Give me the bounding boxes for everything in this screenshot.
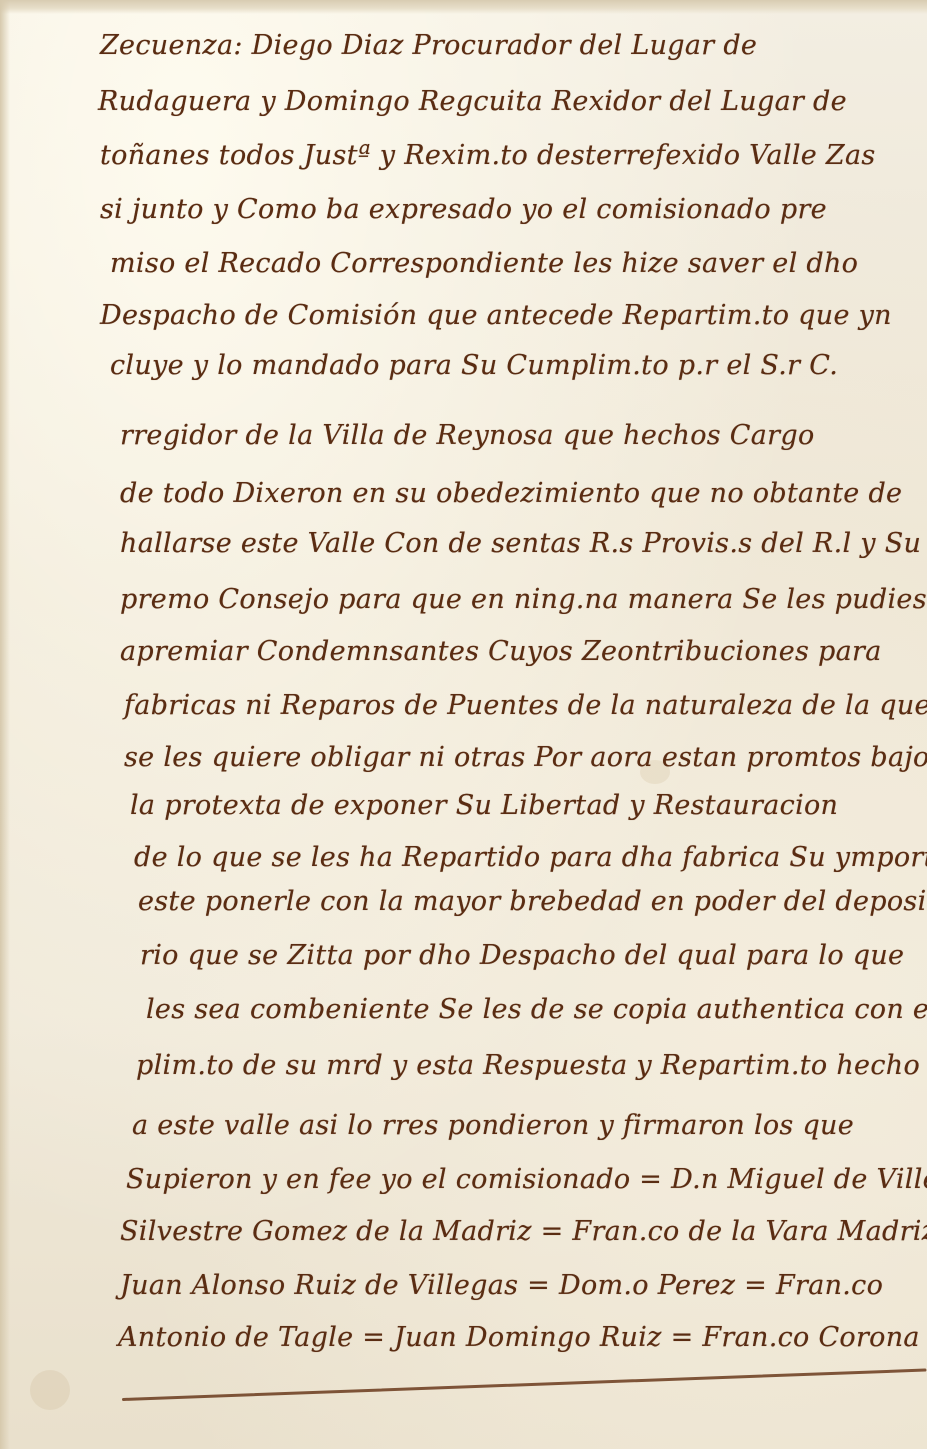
manuscript-line: Rudaguera y Domingo Regcuita Rexidor del… [98,86,847,117]
manuscript-line: fabricas ni Reparos de Puentes de la nat… [124,690,927,721]
manuscript-line: hallarse este Valle Con de sentas R.s Pr… [120,528,921,559]
paper-left-edge [0,0,10,1449]
paper-top-edge [0,0,927,14]
manuscript-line: se les quiere obligar ni otras Por aora … [124,742,927,773]
manuscript-line: Supieron y en fee yo el comisionado = D.… [126,1164,927,1195]
manuscript-line: Silvestre Gomez de la Madriz = Fran.co d… [120,1216,927,1247]
closing-rule-line [122,1369,927,1401]
manuscript-line: apremiar Condemnsantes Cuyos Zeontribuci… [120,636,882,667]
manuscript-line: les sea combeniente Se les de se copia a… [146,994,927,1025]
manuscript-line: Zecuenza: Diego Diaz Procurador del Luga… [100,30,757,61]
manuscript-line: rregidor de la Villa de Reynosa que hech… [120,420,815,451]
manuscript-line: de lo que se les ha Repartido para dha f… [134,842,927,873]
manuscript-page: Zecuenza: Diego Diaz Procurador del Luga… [0,0,927,1449]
manuscript-line: la protexta de exponer Su Libertad y Res… [130,790,838,821]
paper-stain [30,1370,70,1410]
manuscript-line: Juan Alonso Ruiz de Villegas = Dom.o Per… [120,1270,883,1301]
manuscript-line: toñanes todos Justª y Rexim.to desterref… [100,140,876,171]
manuscript-line: de todo Dixeron en su obedezimiento que … [120,478,902,509]
manuscript-line: este ponerle con la mayor brebedad en po… [138,886,927,917]
manuscript-line: plim.to de su mrd y esta Respuesta y Rep… [136,1050,920,1081]
manuscript-line: miso el Recado Correspondiente les hize … [110,248,858,279]
manuscript-line: Antonio de Tagle = Juan Domingo Ruiz = F… [118,1322,920,1353]
manuscript-line: rio que se Zitta por dho Despacho del qu… [140,940,904,971]
manuscript-line: Despacho de Comisión que antecede Repart… [100,300,892,331]
manuscript-line: si junto y Como ba expresado yo el comis… [100,194,827,225]
manuscript-line: a este valle asi lo rres pondieron y fir… [132,1110,854,1141]
manuscript-line: premo Consejo para que en ning.na manera… [120,584,927,615]
manuscript-line: cluye y lo mandado para Su Cumplim.to p.… [110,350,838,381]
